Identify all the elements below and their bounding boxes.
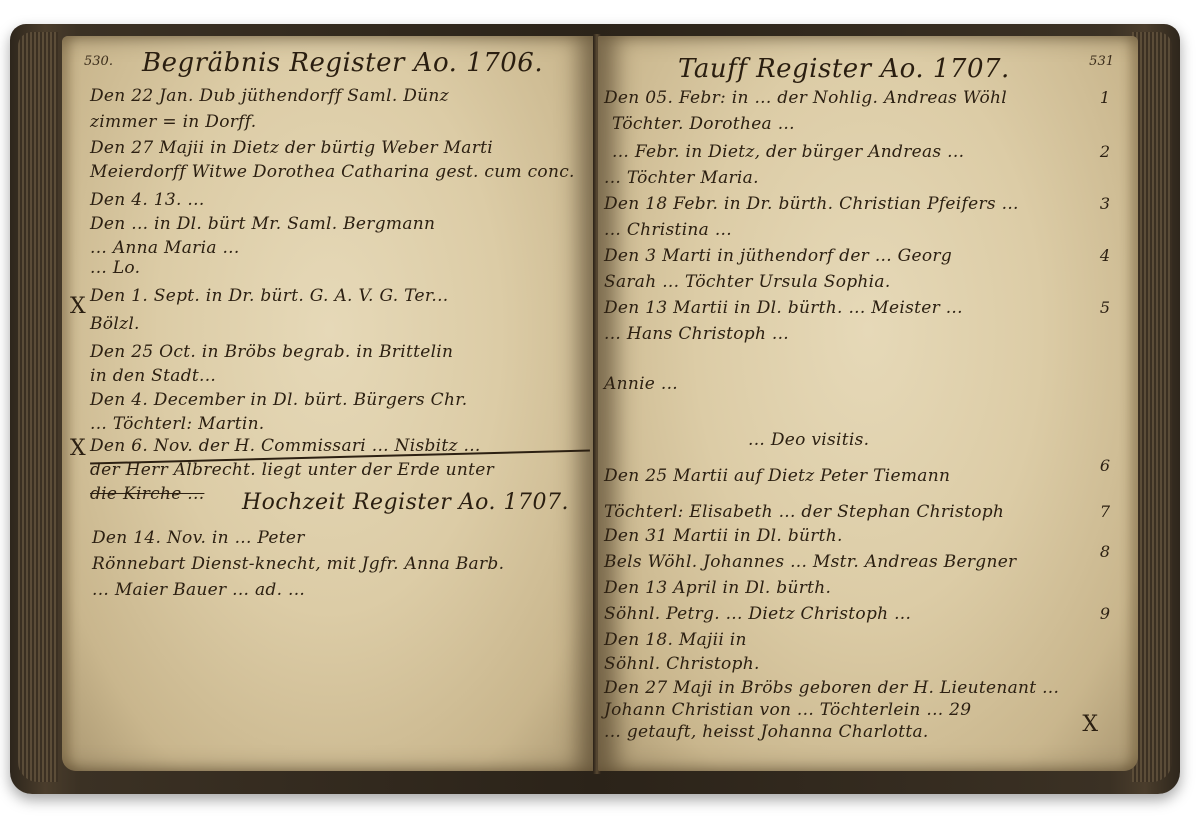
baptism-entry-line: ... Febr. in Dietz, der bürger Andreas .…: [612, 142, 964, 162]
section-subheading: Hochzeit Register Ao. 1707.: [242, 490, 569, 515]
entry-line: Den 1. Sept. in Dr. bürt. G. A. V. G. Te…: [90, 286, 449, 306]
entry-line: Den 27 Majii in Dietz der bürtig Weber M…: [90, 138, 493, 158]
right-page-edges: [1132, 32, 1172, 782]
entry-line: zimmer = in Dorff.: [90, 112, 256, 132]
baptism-entry-line: Töchter. Dorothea ...: [612, 114, 795, 134]
baptism-entry-line: Söhnl. Petrg. ... Dietz Christoph ...: [604, 604, 911, 624]
entry-line: ... Töchterl: Martin.: [90, 414, 265, 434]
page-number: 531: [1089, 54, 1114, 69]
left-page-edges: [18, 32, 58, 782]
baptism-entry-line: Johann Christian von ... Töchterlein ...…: [604, 700, 971, 720]
baptism-entry-line: ... Deo visitis.: [748, 430, 869, 450]
entry-line: in den Stadt...: [90, 366, 216, 386]
marriage-entry-line: ... Maier Bauer ... ad. ...: [92, 580, 305, 600]
entry-line: Bölzl.: [90, 314, 140, 334]
entry-line: ... Anna Maria ...: [90, 238, 240, 258]
baptism-entry-line: ... getauft, heisst Johanna Charlotta.: [604, 722, 929, 742]
baptism-entry-line: Söhnl. Christoph.: [604, 654, 760, 674]
baptism-entry-line: Den 13 April in Dl. bürth.: [604, 578, 831, 598]
entry-line: Den 25 Oct. in Bröbs begrab. in Britteli…: [90, 342, 453, 362]
margin-cross-mark: X: [1082, 712, 1098, 737]
baptism-entry-line: ... Christina ...: [604, 220, 732, 240]
baptism-entry-line: Den 3 Marti in jüthendorf der ... Georg: [604, 246, 952, 266]
page-heading: Tauff Register Ao. 1707.: [678, 54, 1010, 84]
baptism-entry-line: Den 27 Maji in Bröbs geboren der H. Lieu…: [604, 678, 1059, 698]
baptism-entry-line: Den 25 Martii auf Dietz Peter Tiemann: [604, 466, 950, 486]
marriage-entry-line: Den 14. Nov. in ... Peter: [92, 528, 305, 548]
left-page: 530. Begräbnis Register Ao. 1706. Den 22…: [62, 36, 597, 771]
entry-number: 4: [1100, 246, 1110, 265]
margin-cross-mark: X: [70, 294, 86, 319]
entry-number: 3: [1100, 194, 1110, 213]
baptism-entry-line: Sarah ... Töchter Ursula Sophia.: [604, 272, 891, 292]
right-page: 531 Tauff Register Ao. 1707. Den 05. Feb…: [598, 36, 1138, 771]
page-heading: Begräbnis Register Ao. 1706.: [142, 48, 543, 78]
entry-line: Den 4. December in Dl. bürt. Bürgers Chr…: [90, 390, 467, 410]
margin-cross-mark: X: [70, 436, 86, 461]
entry-line: ... Lo.: [90, 258, 140, 278]
entry-number: 8: [1100, 542, 1110, 561]
baptism-entry-line: Töchterl: Elisabeth ... der Stephan Chri…: [604, 502, 1004, 522]
baptism-entry-line: Den 18 Febr. in Dr. bürth. Christian Pfe…: [604, 194, 1019, 214]
baptism-entry-line: Den 13 Martii in Dl. bürth. ... Meister …: [604, 298, 963, 318]
baptism-entry-line: Annie ...: [604, 374, 678, 394]
entry-number: 2: [1100, 142, 1110, 161]
entry-number: 1: [1100, 88, 1110, 107]
baptism-entry-line: Den 18. Majii in: [604, 630, 747, 650]
baptism-entry-line: Den 05. Febr: in ... der Nohlig. Andreas…: [604, 88, 1007, 108]
entry-number: 6: [1100, 456, 1110, 475]
baptism-entry-line: ... Töchter Maria.: [604, 168, 759, 188]
register-book: 530. Begräbnis Register Ao. 1706. Den 22…: [10, 24, 1180, 794]
baptism-entry-line: ... Hans Christoph ...: [604, 324, 789, 344]
baptism-entry-line: Den 31 Martii in Dl. bürth.: [604, 526, 843, 546]
entry-line: Den ... in Dl. bürt Mr. Saml. Bergmann: [90, 214, 435, 234]
entry-line: der Herr Albrecht. liegt unter der Erde …: [90, 460, 494, 480]
entry-line: die Kirche ...: [90, 484, 204, 504]
entry-line: Den 22 Jan. Dub jüthendorff Saml. Dünz: [90, 86, 449, 106]
entry-line: Meierdorff Witwe Dorothea Catharina gest…: [90, 162, 575, 182]
entry-number: 7: [1100, 502, 1110, 521]
baptism-entry-line: Bels Wöhl. Johannes ... Mstr. Andreas Be…: [604, 552, 1017, 572]
entry-line: Den 4. 13. ...: [90, 190, 205, 210]
entry-number: 5: [1100, 298, 1110, 317]
marriage-entry-line: Rönnebart Dienst-knecht, mit Jgfr. Anna …: [92, 554, 504, 574]
entry-number: 9: [1100, 604, 1110, 623]
page-number: 530.: [84, 54, 113, 69]
